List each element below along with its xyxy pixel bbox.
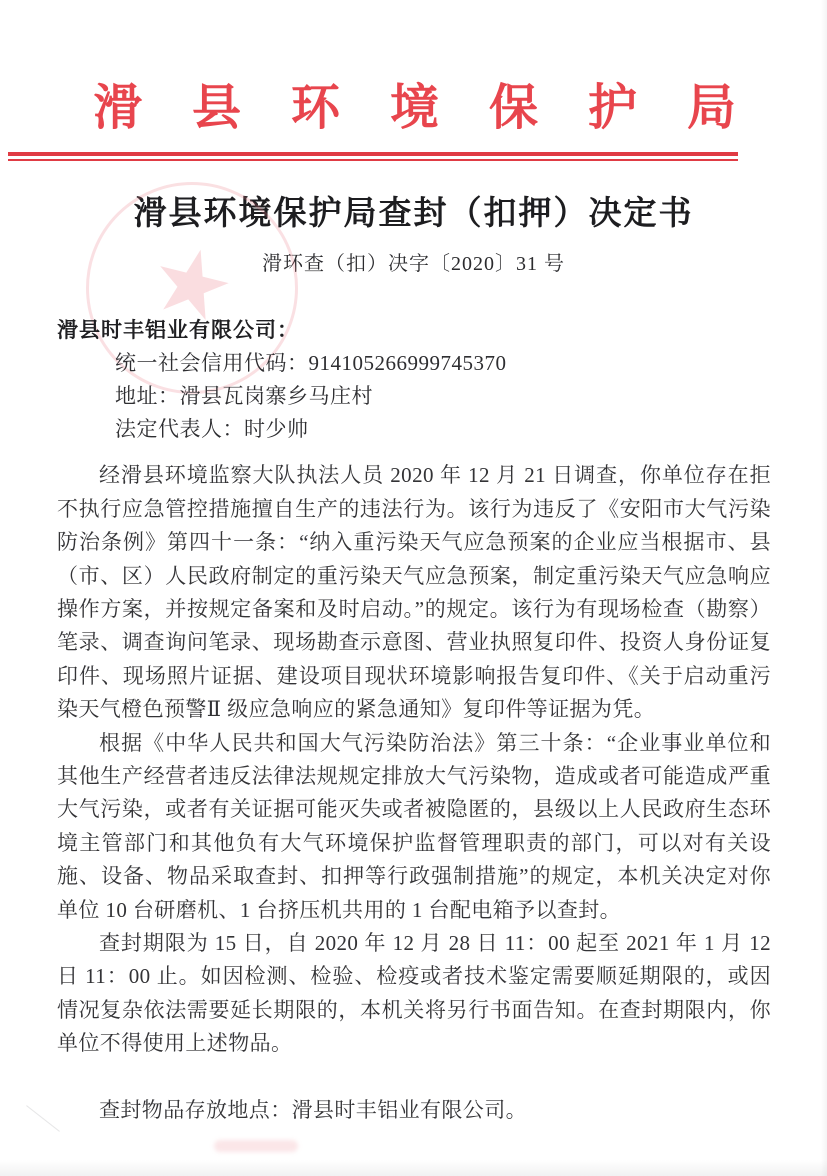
- paragraph-storage-location: 查封物品存放地点：滑县时丰铝业有限公司。: [57, 1094, 771, 1127]
- recipient-legal-rep-line: 法定代表人：时少帅: [57, 413, 771, 446]
- legal-rep-value: 时少帅: [244, 417, 309, 441]
- paragraph-seizure-period: 查封期限为 15 日，自 2020 年 12 月 28 日 11：00 起至 2…: [57, 927, 771, 1061]
- recipient-block: 滑县时丰铝业有限公司： 统一社会信用代码：914105266999745370 …: [57, 314, 771, 446]
- agency-letterhead: 滑县环境保护局: [0, 0, 827, 136]
- scan-artifact-pink-smudge: [214, 1140, 298, 1152]
- scanned-document-page: ★ 滑县环境保护局 滑县环境保护局查封（扣押）决定书 滑环查（扣）决字〔2020…: [0, 0, 827, 1176]
- paragraph-legal-basis-decision: 根据《中华人民共和国大气污染防治法》第三十条：“企业事业单位和其他生产经营者违反…: [57, 727, 771, 927]
- recipient-address-line: 地址：滑县瓦岗寨乡马庄村: [57, 380, 771, 413]
- address-value: 滑县瓦岗寨乡马庄村: [180, 384, 374, 408]
- letterhead-divider-rule: [8, 152, 738, 161]
- recipient-company-name: 滑县时丰铝业有限公司：: [57, 314, 771, 347]
- credit-code-label: 统一社会信用代码：: [115, 351, 309, 375]
- paragraph-violation-findings: 经滑县环境监察大队执法人员 2020 年 12 月 21 日调查，你单位存在拒不…: [57, 459, 771, 726]
- document-body: 滑县时丰铝业有限公司： 统一社会信用代码：914105266999745370 …: [0, 314, 827, 1127]
- credit-code-value: 914105266999745370: [309, 351, 507, 375]
- recipient-credit-code-line: 统一社会信用代码：914105266999745370: [57, 347, 771, 380]
- address-label: 地址：: [115, 384, 180, 408]
- legal-rep-label: 法定代表人：: [115, 417, 244, 441]
- decision-text: 经滑县环境监察大队执法人员 2020 年 12 月 21 日调查，你单位存在拒不…: [57, 459, 771, 1127]
- scan-artifact-bottom-shadow: [0, 1160, 827, 1176]
